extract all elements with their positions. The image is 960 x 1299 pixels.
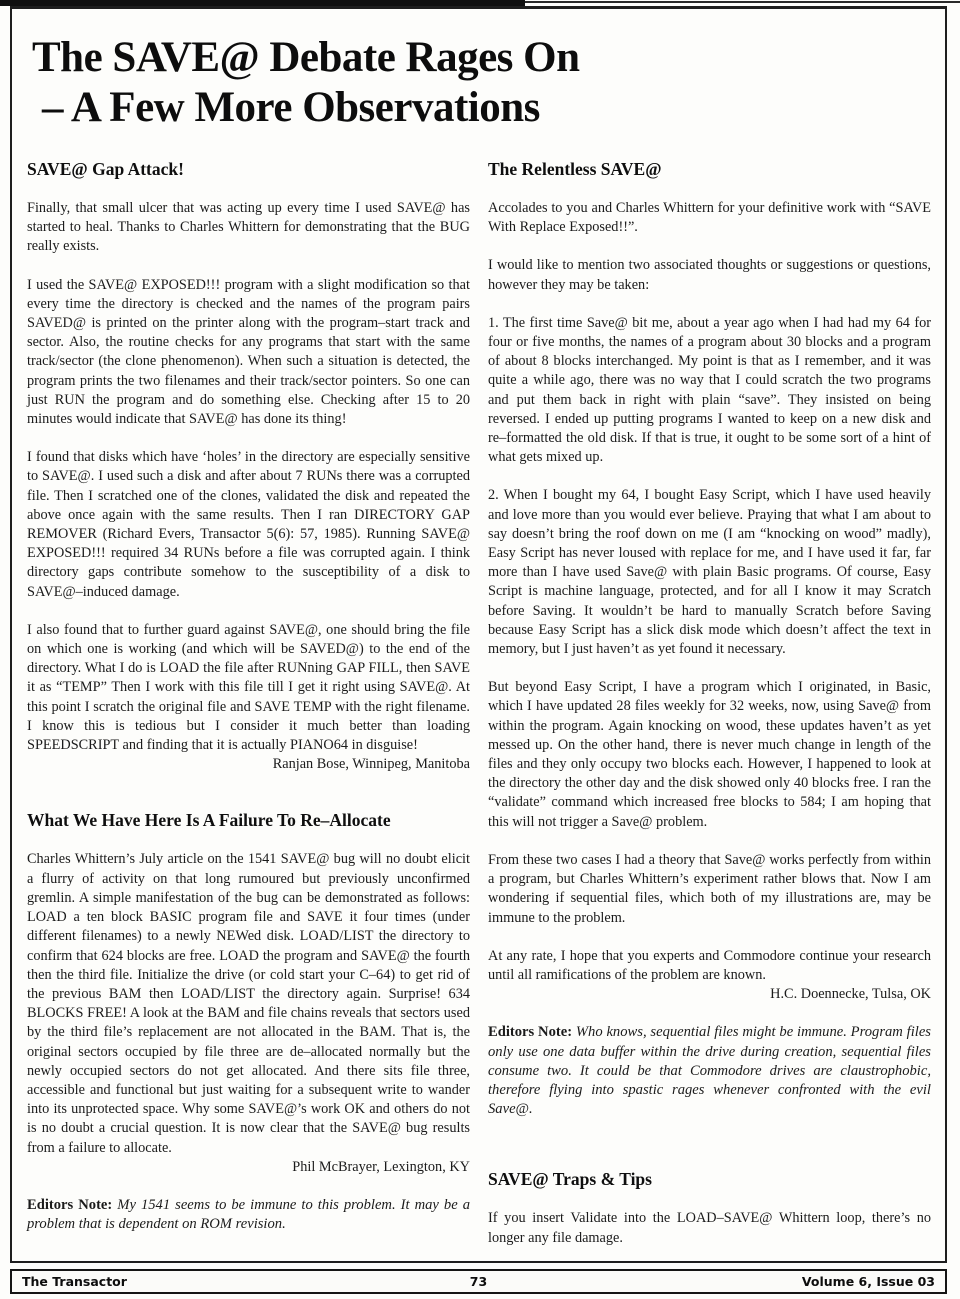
footer-journal-name: The Transactor — [22, 1274, 127, 1289]
paragraph: I would like to mention two associated t… — [488, 256, 931, 294]
paragraph: At any rate, I hope that you experts and… — [488, 947, 931, 985]
editors-note-label: Editors Note: — [488, 1024, 576, 1040]
section-heading: The Relentless SAVE@ — [488, 159, 931, 180]
editors-note: Editors Note: Who knows, sequential file… — [488, 1023, 931, 1119]
paragraph: I used the SAVE@ EXPOSED!!! program with… — [27, 276, 470, 430]
right-column: The Relentless SAVE@Accolades to you and… — [488, 159, 931, 1267]
paragraph: Charles Whittern’s July article on the 1… — [27, 850, 470, 1157]
editors-note: Editors Note: My 1541 seems to be immune… — [27, 1196, 470, 1234]
letter-signature: Phil McBrayer, Lexington, KY — [27, 1158, 470, 1177]
letter-signature: Ranjan Bose, Winnipeg, Manitoba — [27, 755, 470, 774]
paragraph: If you insert Validate into the LOAD–SAV… — [488, 1209, 931, 1247]
editors-note-label: Editors Note: — [27, 1197, 117, 1213]
paragraph: I found that disks which have ‘holes’ in… — [27, 448, 470, 602]
footer-page-number: 73 — [470, 1274, 487, 1289]
paragraph: 1. The first time Save@ bit me, about a … — [488, 314, 931, 468]
article-title-line-1: The SAVE@ Debate Rages On — [32, 33, 945, 83]
magazine-page: The SAVE@ Debate Rages On – A Few More O… — [0, 0, 960, 1299]
article-frame: The SAVE@ Debate Rages On – A Few More O… — [10, 6, 947, 1263]
paragraph: I also found that to further guard again… — [27, 621, 470, 755]
paragraph: 2. When I bought my 64, I bought Easy Sc… — [488, 486, 931, 659]
letter-signature: H.C. Doennecke, Tulsa, OK — [488, 985, 931, 1004]
article-body: SAVE@ Gap Attack!Finally, that small ulc… — [12, 133, 945, 1267]
section-heading: What We Have Here Is A Failure To Re–All… — [27, 810, 470, 831]
article-title: The SAVE@ Debate Rages On – A Few More O… — [32, 33, 945, 133]
section-heading: SAVE@ Traps & Tips — [488, 1169, 931, 1190]
left-column: SAVE@ Gap Attack!Finally, that small ulc… — [27, 159, 470, 1267]
footer-bar: The Transactor 73 Volume 6, Issue 03 — [10, 1269, 947, 1294]
section-heading: SAVE@ Gap Attack! — [27, 159, 470, 180]
article-title-line-2: – A Few More Observations — [32, 83, 945, 133]
paragraph: Accolades to you and Charles Whittern fo… — [488, 199, 931, 237]
paragraph: Finally, that small ulcer that was actin… — [27, 199, 470, 257]
paragraph: From these two cases I had a theory that… — [488, 851, 931, 928]
footer-inner: The Transactor 73 Volume 6, Issue 03 — [12, 1271, 945, 1292]
paragraph: But beyond Easy Script, I have a program… — [488, 678, 931, 832]
footer-issue: Volume 6, Issue 03 — [802, 1274, 935, 1289]
